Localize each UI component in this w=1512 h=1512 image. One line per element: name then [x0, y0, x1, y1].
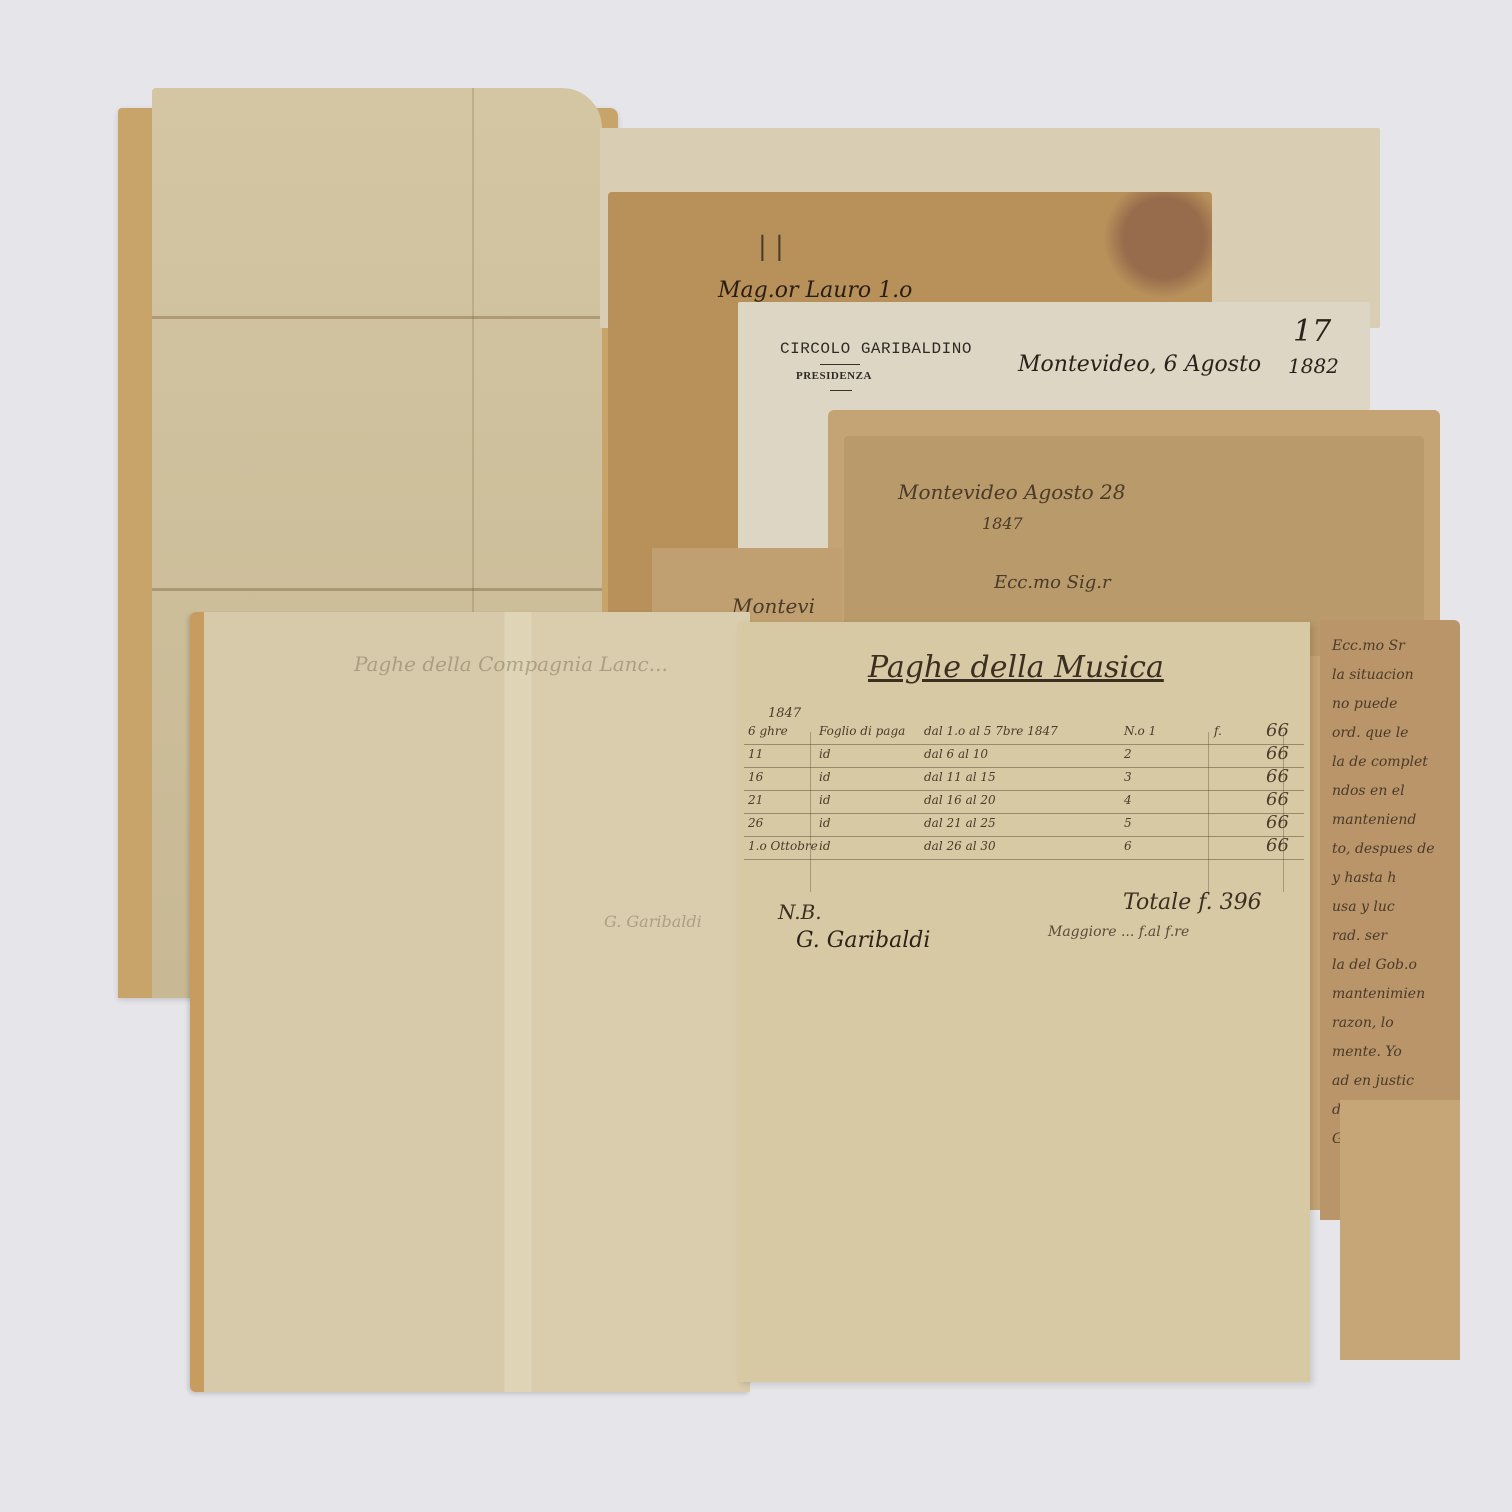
letterhead-place-date: Montevideo, 6 Agosto	[1018, 352, 1261, 377]
ledger-cell-desc: Foglio di paga	[819, 724, 905, 738]
right-letter-line: usa y luc	[1332, 899, 1395, 915]
ledger-cell-date: 21	[748, 793, 763, 807]
ledger-cell-num: 2	[1124, 747, 1132, 761]
right-letter-line: no puede	[1332, 696, 1397, 712]
ledger-row: 16iddal 11 al 15366	[744, 768, 1304, 791]
ledger-cell-date: 6 ghre	[748, 724, 788, 738]
letterhead-rule	[820, 364, 860, 365]
letterhead-year: 1882	[1288, 354, 1339, 378]
ledger-cell-num: 4	[1124, 793, 1132, 807]
wrapper-fold-line	[152, 316, 602, 319]
right-letter-line: la de complet	[1332, 754, 1428, 770]
ledger-cell-period: dal 16 al 20	[924, 793, 996, 807]
left-page-bleed-heading: Paghe della Compagnia Lanc...	[354, 652, 668, 676]
ledger-cell-amount: 66	[1266, 812, 1289, 833]
ledger-title: Paghe della Musica	[868, 650, 1164, 685]
right-letter-line: y hasta h	[1332, 870, 1396, 886]
letterhead-office: PRESIDENZA	[796, 370, 872, 382]
right-letter-line: rad. ser	[1332, 928, 1387, 944]
letter-1847-year: 1847	[982, 514, 1023, 533]
left-page-bleed-signature: G. Garibaldi	[604, 912, 702, 931]
ledger-right-page: Paghe della Musica 1847 6 ghreFoglio di …	[738, 622, 1310, 1382]
garibaldi-signature: G. Garibaldi	[796, 928, 930, 953]
ledger-cell-period: dal 11 al 15	[924, 770, 996, 784]
ledger-cell-period: dal 26 al 30	[924, 839, 996, 853]
right-letter-line: mantenimien	[1332, 986, 1425, 1002]
ledger-cell-period: dal 21 al 25	[924, 816, 996, 830]
ledger-cell-date: 16	[748, 770, 763, 784]
ledger-row: 6 ghreFoglio di pagadal 1.o al 5 7bre 18…	[744, 722, 1304, 745]
ledger-cell-amount: 66	[1266, 743, 1289, 764]
ledger-cell-date: 1.o Ottobre	[748, 839, 818, 853]
ledger-cell-date: 11	[748, 747, 763, 761]
ledger-cell-amount: 66	[1266, 835, 1289, 856]
ledger-cell-date: 26	[748, 816, 763, 830]
letterhead-number: 17	[1293, 314, 1331, 349]
ledger-cell-desc: id	[819, 747, 831, 761]
ledger-left-page: Paghe della Compagnia Lanc... G. Garibal…	[190, 612, 750, 1392]
ledger-cell-desc: id	[819, 816, 831, 830]
right-letter-line: ndos en el	[1332, 783, 1405, 799]
letter-1847-salutation: Ecc.mo Sig.r	[994, 572, 1111, 593]
ledger-cell-desc: id	[819, 793, 831, 807]
ledger-nb: N.B.	[778, 900, 822, 924]
right-letter-line: manteniend	[1332, 812, 1416, 828]
brown-sheet-marks: | |	[758, 232, 784, 262]
ledger-year: 1847	[768, 706, 801, 721]
ledger-cell-num: 3	[1124, 770, 1132, 784]
brown-sheet-text: Mag.or Lauro 1.o	[718, 278, 912, 303]
right-letter-line: ord. que le	[1332, 725, 1408, 741]
second-signature: Maggiore ... f.al f.re	[1048, 924, 1189, 940]
ledger-cell-amount: 66	[1266, 789, 1289, 810]
ledger-cell-num: 6	[1124, 839, 1132, 853]
right-letter-line: la situacion	[1332, 667, 1414, 683]
ledger-total-value: 396	[1220, 890, 1262, 915]
right-letter-line: ad en justic	[1332, 1073, 1414, 1089]
ledger-cell-num: 5	[1124, 816, 1132, 830]
ledger-cell-period: dal 6 al 10	[924, 747, 988, 761]
ledger-cell-amount: 66	[1266, 720, 1289, 741]
ledger-row: 11iddal 6 al 10266	[744, 745, 1304, 768]
letterhead-org: CIRCOLO GARIBALDINO	[780, 340, 972, 358]
ledger-cell-num: N.o 1	[1124, 724, 1156, 738]
ledger-cell-period: dal 1.o al 5 7bre 1847	[924, 724, 1058, 738]
ledger-cell-desc: id	[819, 770, 831, 784]
ledger-total-label: Totale f. 396	[1123, 890, 1262, 915]
ledger-row: 21iddal 16 al 20466	[744, 791, 1304, 814]
right-letter-line: to, despues de	[1332, 841, 1435, 857]
ledger-cell-f: f.	[1214, 724, 1222, 738]
ledger-row: 1.o Ottobreiddal 26 al 30666	[744, 837, 1304, 860]
right-letter-line: Ecc.mo Sr	[1332, 638, 1405, 654]
right-letter-line: mente. Yo	[1332, 1044, 1402, 1060]
ledger-cell-desc: id	[819, 839, 831, 853]
right-letter-line: la del Gob.o	[1332, 957, 1417, 973]
right-letter-line: razon, lo	[1332, 1015, 1394, 1031]
ledger-cell-amount: 66	[1266, 766, 1289, 787]
ledger-row: 26iddal 21 al 25566	[744, 814, 1304, 837]
letterhead-rule	[830, 390, 852, 391]
torn-sheet-edge	[1340, 1100, 1460, 1360]
wrapper-fold-line	[152, 588, 602, 591]
letter-1847-place-date: Montevideo Agosto 28	[898, 480, 1125, 504]
